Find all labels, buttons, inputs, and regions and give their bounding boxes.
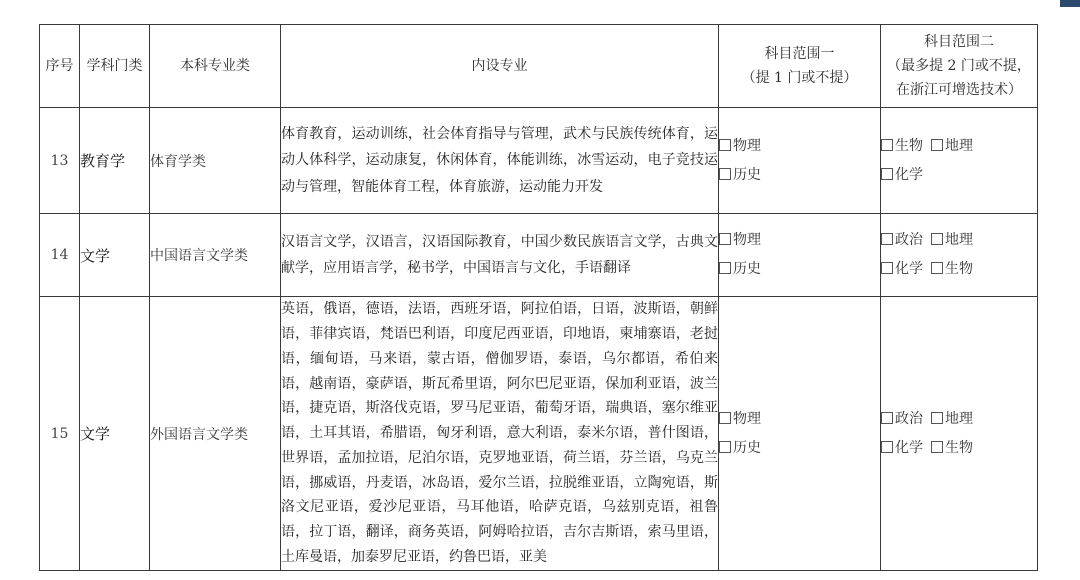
checkbox-option[interactable]: 地理 xyxy=(931,226,973,255)
table-row: 15 文学 外国语言文学类 英语，俄语，德语，法语，西班牙语，阿拉伯语，日语，波… xyxy=(40,297,1038,571)
row-no: 13 xyxy=(40,108,80,214)
checkbox-option[interactable]: 化学 xyxy=(881,161,923,190)
header-range1: 科目范围一 （提 1 门或不提） xyxy=(719,25,881,108)
checkbox-option[interactable]: 生物 xyxy=(931,434,973,463)
row-no: 15 xyxy=(40,297,80,571)
row-range2: 政治地理 化学生物 xyxy=(881,214,1038,297)
checkbox-icon xyxy=(719,412,731,424)
row-range1: 物理 历史 xyxy=(719,214,881,297)
row-majors: 汉语言文学，汉语言，汉语国际教育，中国少数民族语言文学，古典文献学，应用语言学，… xyxy=(281,214,719,297)
checkbox-icon xyxy=(881,168,893,180)
checkbox-option[interactable]: 化学 xyxy=(881,434,923,463)
row-majors: 英语，俄语，德语，法语，西班牙语，阿拉伯语，日语，波斯语，朝鲜语，菲律宾语，梵语… xyxy=(281,297,719,571)
row-range2: 政治地理 化学生物 xyxy=(881,297,1038,571)
row-majors: 体育教育，运动训练，社会体育指导与管理，武术与民族传统体育，运动人体科学，运动康… xyxy=(281,108,719,214)
header-category: 学科门类 xyxy=(80,25,150,108)
checkbox-option[interactable]: 历史 xyxy=(719,161,761,190)
checkbox-icon xyxy=(931,233,943,245)
row-category: 文学 xyxy=(80,214,150,297)
row-no: 14 xyxy=(40,214,80,297)
range2-note-2: 在浙江可增选技术） xyxy=(881,78,1037,102)
checkbox-icon xyxy=(881,139,893,151)
row-range1: 物理 历史 xyxy=(719,108,881,214)
checkbox-option[interactable]: 物理 xyxy=(719,226,761,255)
range1-note: （提 1 门或不提） xyxy=(719,66,880,90)
checkbox-icon xyxy=(881,262,893,274)
checkbox-icon xyxy=(931,139,943,151)
header-class: 本科专业类 xyxy=(150,25,281,108)
table-row: 14 文学 中国语言文学类 汉语言文学，汉语言，汉语国际教育，中国少数民族语言文… xyxy=(40,214,1038,297)
checkbox-icon xyxy=(881,412,893,424)
row-range2: 生物地理 化学 xyxy=(881,108,1038,214)
checkbox-icon xyxy=(881,233,893,245)
checkbox-option[interactable]: 化学 xyxy=(881,255,923,284)
row-class: 中国语言文学类 xyxy=(150,214,281,297)
checkbox-option[interactable]: 生物 xyxy=(881,132,923,161)
row-category: 文学 xyxy=(80,297,150,571)
subject-requirements-table: 序号 学科门类 本科专业类 内设专业 科目范围一 （提 1 门或不提） 科目范围… xyxy=(39,24,1038,571)
checkbox-option[interactable]: 生物 xyxy=(931,255,973,284)
checkbox-option[interactable]: 物理 xyxy=(719,405,761,434)
checkbox-icon xyxy=(719,441,731,453)
checkbox-icon xyxy=(931,412,943,424)
row-class: 外国语言文学类 xyxy=(150,297,281,571)
checkbox-option[interactable]: 政治 xyxy=(881,405,923,434)
row-class: 体育学类 xyxy=(150,108,281,214)
checkbox-icon xyxy=(931,262,943,274)
range2-title: 科目范围二 xyxy=(881,30,1037,54)
table-row: 13 教育学 体育学类 体育教育，运动训练，社会体育指导与管理，武术与民族传统体… xyxy=(40,108,1038,214)
checkbox-option[interactable]: 地理 xyxy=(931,132,973,161)
checkbox-option[interactable]: 政治 xyxy=(881,226,923,255)
range1-title: 科目范围一 xyxy=(719,42,880,66)
checkbox-option[interactable]: 历史 xyxy=(719,434,761,463)
checkbox-option[interactable]: 地理 xyxy=(931,405,973,434)
row-category: 教育学 xyxy=(80,108,150,214)
checkbox-icon xyxy=(719,262,731,274)
checkbox-icon xyxy=(881,441,893,453)
row-range1: 物理 历史 xyxy=(719,297,881,571)
range2-note-1: （最多提 2 门或不提， xyxy=(881,54,1037,78)
header-range2: 科目范围二 （最多提 2 门或不提， 在浙江可增选技术） xyxy=(881,25,1038,108)
checkbox-option[interactable]: 历史 xyxy=(719,255,761,284)
checkbox-option[interactable]: 物理 xyxy=(719,132,761,161)
checkbox-icon xyxy=(931,441,943,453)
header-majors: 内设专业 xyxy=(281,25,719,108)
header-row: 序号 学科门类 本科专业类 内设专业 科目范围一 （提 1 门或不提） 科目范围… xyxy=(40,25,1038,108)
checkbox-icon xyxy=(719,139,731,151)
checkbox-icon xyxy=(719,233,731,245)
checkbox-icon xyxy=(719,168,731,180)
corner-tab-marker xyxy=(1060,0,1080,7)
header-no: 序号 xyxy=(40,25,80,108)
